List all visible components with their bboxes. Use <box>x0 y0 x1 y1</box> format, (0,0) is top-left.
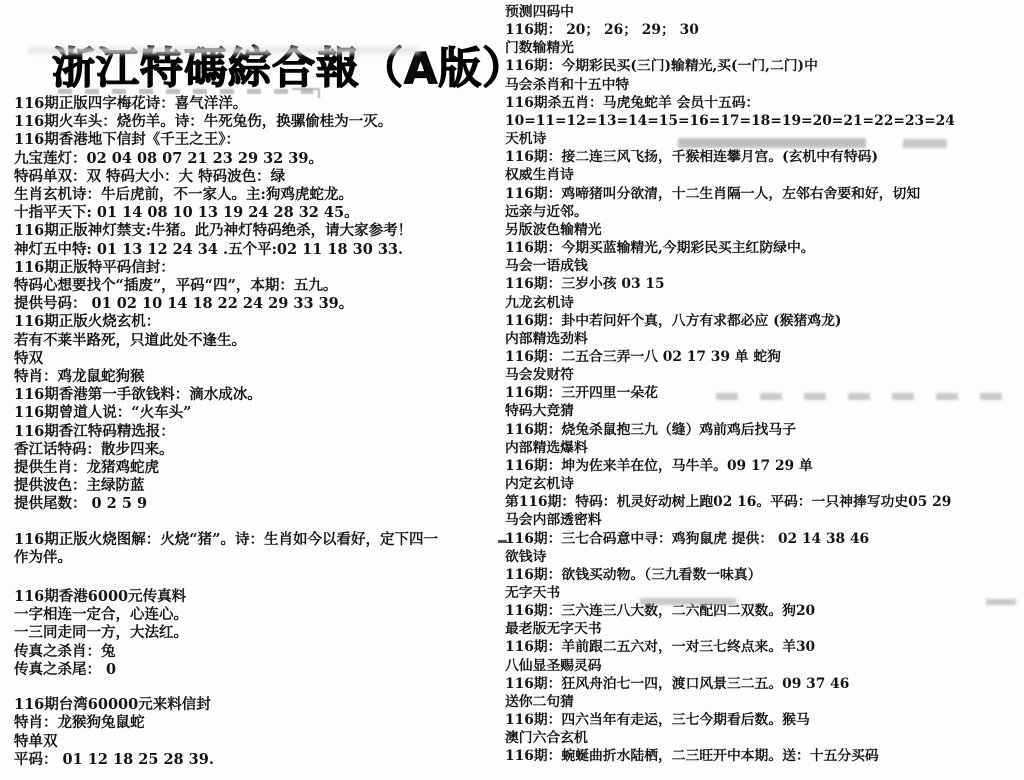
text-line: 116期：今期彩民买(三门)输精光,买(一门,二门)中 <box>505 57 1022 75</box>
text-line: 116期：狂风舟泊七一四，渡口风景三二五。09 37 46 <box>505 675 1022 693</box>
text-line: 116期：二五合三弄一八 02 17 39 单 蛇狗 <box>505 348 1022 366</box>
text-line: 116期：四六当年有走运，三七今期看后数。猴马 <box>505 711 1022 729</box>
text-line: 116期香江特码精选报： <box>14 423 510 441</box>
newspaper-page: 浙江特碼綜合報（A版） 116期正版四字梅花诗：喜气洋洋。116期火车头：烧伤羊… <box>0 0 1024 780</box>
text-line: 平码： 01 12 18 25 28 39. <box>14 751 510 769</box>
text-line: 116期香港6000元传真料 <box>14 588 510 606</box>
text-line: 116期台湾60000元来料信封 <box>14 696 510 714</box>
text-line: 116期正版特平码信封： <box>14 259 510 277</box>
text-line: 九龙玄机诗 <box>505 294 1022 312</box>
text-line: 116期：接二连三风飞扬，千猴相连攀月宫。(玄机中有特码) <box>505 148 1022 166</box>
text-line: 若有不莱半路死，只道此处不逢生。 <box>14 332 510 350</box>
text-line: 神灯五中特: 01 13 12 24 34 .五个平:02 11 18 30 3… <box>14 241 510 259</box>
text-line: 一字相连一定合，心连心。 <box>14 606 510 624</box>
text-line: 116期：蜿蜒曲折水陆栖，二三旺开中本期。送：十五分买码 <box>505 747 1022 765</box>
text-line: 生肖玄机诗：牛后虎前，不一家人。主:狗鸡虎蛇龙。 <box>14 186 510 204</box>
section-gap <box>14 567 510 588</box>
text-line: 116期：今期买蓝输精光,今期彩民买主红防绿中。 <box>505 239 1022 257</box>
text-line: 八仙显圣赐灵码 <box>505 657 1022 675</box>
text-line: 香江话特码：散步四来。 <box>14 441 510 459</box>
text-line: 内定玄机诗 <box>505 475 1022 493</box>
text-line: 116期：坤为佐来羊在位，马牛羊。09 17 29 单 <box>505 457 1022 475</box>
text-line: 116期：鸡啼猪叫分欲清，十二生肖隔一人，左邻右舍要和好，切知 <box>505 185 1022 203</box>
text-line: 116期：三岁小孩 03 15 <box>505 275 1022 293</box>
text-line: 116期曾道人说：“火车头” <box>14 404 510 422</box>
text-line: 欲钱诗 <box>505 548 1022 566</box>
text-line: 传真之杀肖：兔 <box>14 643 510 661</box>
text-line: 116期：三开四里一朵花 <box>505 384 1022 402</box>
text-line: 马会内部透密料 <box>505 511 1022 529</box>
text-line: 提供尾数： 0 2 5 9 <box>14 495 510 513</box>
section-gap <box>14 514 510 531</box>
text-line: 特码单双：双 特码大小：大 特码波色：绿 <box>14 168 510 186</box>
text-line: 116期杀五肖：马虎兔蛇羊 会员十五码： <box>505 94 1022 112</box>
text-line: 116期：卦中若问奸个真，八方有求都必应 (猴猪鸡龙) <box>505 312 1022 330</box>
text-line: 提供波色：主绿防蓝 <box>14 477 510 495</box>
left-column: 116期正版四字梅花诗：喜气洋洋。116期火车头：烧伤羊。诗：牛死兔伤，换骡偷桂… <box>14 95 510 769</box>
text-line: 无字天书 <box>505 584 1022 602</box>
text-line: 马会发财符 <box>505 366 1022 384</box>
text-line: 十指平天下: 01 14 08 10 13 19 24 28 32 45。 <box>14 204 510 222</box>
text-line: 116期：欲钱买动物。（三九看数一味真） <box>505 566 1022 584</box>
text-line: 马会一语成钱 <box>505 257 1022 275</box>
text-line: 特双 <box>14 350 510 368</box>
text-line: 澳门六合玄机 <box>505 729 1022 747</box>
page-title: 浙江特碼綜合報（A版） <box>52 35 526 96</box>
text-line: 权威生肖诗 <box>505 166 1022 184</box>
text-line: 传真之杀尾： 0 <box>14 661 510 679</box>
text-line: 116期：三七合码意中寻：鸡狗鼠虎 提供： 02 14 38 46 <box>505 530 1022 548</box>
text-line: 10=11=12=13=14=15=16=17=18=19=20=21=22=2… <box>505 112 1022 130</box>
text-line: 特单双 <box>14 733 510 751</box>
text-line: 预测四码中 <box>505 3 1022 21</box>
text-line: 116期香港第一手欲钱料：滴水成冰。 <box>14 386 510 404</box>
text-line: 特码大竞猜 <box>505 402 1022 420</box>
text-line: 特肖：龙猴狗兔鼠蛇 <box>14 714 510 732</box>
text-line: 提供生肖：龙猪鸡蛇虎 <box>14 459 510 477</box>
right-column: 预测四码中116期： 20； 26； 29； 30门数输精光116期：今期彩民买… <box>505 3 1022 766</box>
text-line: 作为伴。 <box>14 549 510 567</box>
text-line: 116期正版四字梅花诗：喜气洋洋。 <box>14 95 510 113</box>
text-line: 九宝莲灯：02 04 08 07 21 23 29 32 39。 <box>14 150 510 168</box>
text-line: 门数输精光 <box>505 39 1022 57</box>
text-line: 特码心想要找个“插废”，平码“四”，本期：五九。 <box>14 277 510 295</box>
text-line: 116期： 20； 26； 29； 30 <box>505 21 1022 39</box>
text-line: 天机诗 <box>505 130 1022 148</box>
text-line: 远亲与近邻。 <box>505 203 1022 221</box>
text-line: 116期：羊前跟二五六对，一对三七终点来。羊30 <box>505 638 1022 656</box>
text-line: 116期：烧兔杀鼠抱三九（缝）鸡前鸡后找马子 <box>505 421 1022 439</box>
section-gap <box>14 679 510 696</box>
text-line: 116期正版火烧图解：火烧“猪”。诗：生肖如今以看好，定下四一 <box>14 531 510 549</box>
text-line: 内部精选爆料 <box>505 439 1022 457</box>
text-line: 116期火车头：烧伤羊。诗：牛死兔伤，换骡偷桂为一灭。 <box>14 113 510 131</box>
text-line: 116期：三六连三八大数，二六配四二双数。狗20 <box>505 602 1022 620</box>
text-line: 116期香港地下信封《千王之王》： <box>14 131 510 149</box>
text-line: 116期正版神灯禁支:牛猪。此乃神灯特码绝杀，请大家参考！ <box>14 222 510 240</box>
text-line: 116期正版火烧玄机： <box>14 313 510 331</box>
text-line: 马会杀肖和十五中特 <box>505 76 1022 94</box>
text-line: 提供号码： 01 02 10 14 18 22 24 29 33 39。 <box>14 295 510 313</box>
text-line: 送你二句猜 <box>505 693 1022 711</box>
text-line: 内部精选劲料 <box>505 330 1022 348</box>
text-line: 特肖：鸡龙鼠蛇狗猴 <box>14 368 510 386</box>
text-line: 另版波色输精光 <box>505 221 1022 239</box>
text-line: 最老版无字天书 <box>505 620 1022 638</box>
text-line: 一三同走同一方，大法红。 <box>14 624 510 642</box>
text-line: 第116期：特码：机灵好动树上跑02 16。平码：一只神捧写功史05 29 <box>505 493 1022 511</box>
